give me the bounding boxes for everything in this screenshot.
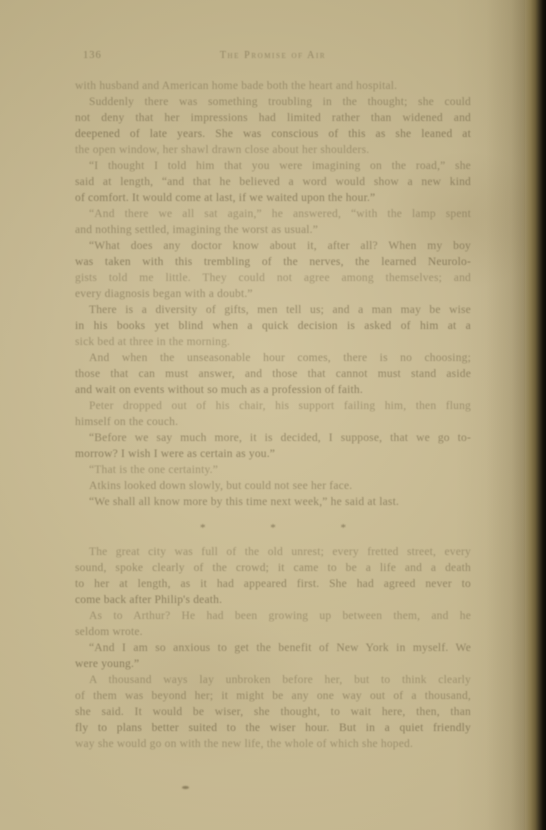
text-line: himself on the couch. — [75, 414, 471, 430]
text-line: those that can must answer, and those th… — [75, 366, 471, 382]
text-line: morrow? I wish I were as certain as you.… — [75, 446, 471, 462]
text-line: and nothing settled, imagining the worst… — [75, 222, 471, 238]
text-line: The great city was full of the old unres… — [75, 544, 471, 560]
text-line: As to Arthur? He had been growing up bet… — [75, 608, 471, 624]
text-column: with husband and American home bade both… — [75, 78, 471, 510]
text-line: “I thought I told him that you were imag… — [75, 158, 471, 174]
text-line: was taken with this trembling of the ner… — [75, 254, 471, 270]
text-line: sound, spoke clearly of the crowd; it ca… — [75, 560, 471, 576]
text-line: Peter dropped out of his chair, his supp… — [75, 398, 471, 414]
text-line: And when the unseasonable hour comes, th… — [75, 350, 471, 366]
page-header: 136 The Promise of Air — [75, 48, 471, 64]
text-line: Atkins looked down slowly, but could not… — [75, 478, 471, 494]
text-line: “We shall all know more by this time nex… — [75, 494, 471, 510]
text-line: not deny that her impressions had limite… — [75, 110, 471, 126]
text-line: seldom wrote. — [75, 624, 471, 640]
text-line: come back after Philip's death. — [75, 592, 471, 608]
text-line: the open window, her shawl drawn close a… — [75, 142, 471, 158]
text-column-2: The great city was full of the old unres… — [75, 544, 471, 752]
asterisk-mark: * — [270, 522, 276, 534]
text-line: were young.” — [75, 656, 471, 672]
text-line: Suddenly there was something troubling i… — [75, 94, 471, 110]
text-line: A thousand ways lay unbroken before her,… — [75, 672, 471, 688]
text-line: There is a diversity of gifts, men tell … — [75, 302, 471, 318]
text-line: “And I am so anxious to get the benefit … — [75, 640, 471, 656]
running-title: The Promise of Air — [75, 50, 471, 61]
text-line: said at length, “and that he believed a … — [75, 174, 471, 190]
text-block-1: with husband and American home bade both… — [75, 78, 471, 510]
text-line: “That is the one certainty.” — [75, 462, 471, 478]
text-line: of them was beyond her; it might be any … — [75, 688, 471, 704]
section-divider: *** — [200, 519, 346, 537]
text-line: “And there we all sat again,” he answere… — [75, 206, 471, 222]
text-line: “Before we say much more, it is decided,… — [75, 430, 471, 446]
text-line: with husband and American home bade both… — [75, 78, 471, 94]
ink-speck — [182, 786, 189, 789]
text-line: sick bed at three in the morning. — [75, 334, 471, 350]
text-line: every diagnosis began with a doubt.” — [75, 286, 471, 302]
asterisk-mark: * — [341, 522, 347, 534]
text-line: in his books yet blind when a quick deci… — [75, 318, 471, 334]
text-line: she said. It would be wiser, she thought… — [75, 704, 471, 720]
text-block-2: The great city was full of the old unres… — [75, 544, 471, 752]
scanned-book-page: 136 The Promise of Air with husband and … — [0, 0, 546, 830]
text-line: and wait on events without so much as a … — [75, 382, 471, 398]
text-line: way she would go on with the new life, t… — [75, 736, 471, 752]
text-line: gists told me little. They could not agr… — [75, 270, 471, 286]
text-line: of comfort. It would come at last, if we… — [75, 190, 471, 206]
text-line: deepened of late years. She was consciou… — [75, 126, 471, 142]
asterisk-mark: * — [200, 522, 206, 534]
text-line: “What does any doctor know about it, aft… — [75, 238, 471, 254]
text-line: to her at length, as it had appeared fir… — [75, 576, 471, 592]
text-line: fly to plans better suited to the wiser … — [75, 720, 471, 736]
